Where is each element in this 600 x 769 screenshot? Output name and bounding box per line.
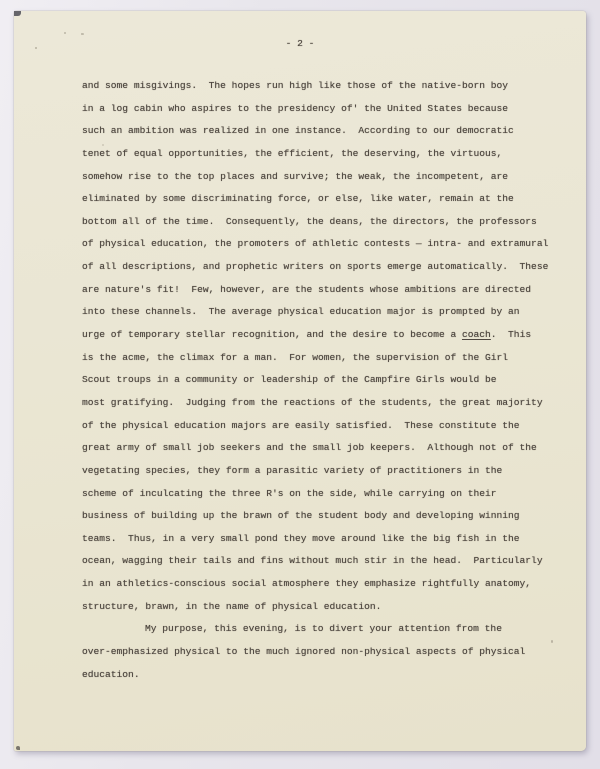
paper-speck	[102, 144, 104, 146]
text-line: of physical education, the promoters of …	[82, 233, 572, 256]
text-line: over-emphasized physical to the much ign…	[82, 641, 572, 664]
text-line: is the acme, the climax for a man. For w…	[82, 347, 572, 370]
text-line: most gratifying. Judging from the reacti…	[82, 392, 572, 415]
text-line: eliminated by some discriminating force,…	[82, 188, 572, 211]
scan-background: - 2 - and some misgivings. The hopes run…	[0, 0, 600, 769]
paper-speck	[81, 33, 84, 35]
text-line: tenet of equal opportunities, the effici…	[82, 143, 572, 166]
text-line: somehow rise to the top places and survi…	[82, 166, 572, 189]
text-line: such an ambition was realized in one ins…	[82, 120, 572, 143]
text-segment: . This	[491, 329, 531, 340]
text-line: in a log cabin who aspires to the presid…	[82, 98, 572, 121]
paper-speck	[35, 47, 37, 49]
paragraph: and some misgivings. The hopes run high …	[82, 75, 572, 618]
underlined-text: coach	[462, 329, 491, 340]
text-line: Scout troups in a community or leadershi…	[82, 369, 572, 392]
text-line: into these channels. The average physica…	[82, 301, 572, 324]
corner-mark-bottom-left	[16, 746, 20, 750]
paragraph: My purpose, this evening, is to divert y…	[82, 618, 572, 686]
text-line: and some misgivings. The hopes run high …	[82, 75, 572, 98]
text-line: ocean, wagging their tails and fins with…	[82, 550, 572, 573]
text-line: business of building up the brawn of the…	[82, 505, 572, 528]
text-line: in an athletics-conscious social atmosph…	[82, 573, 572, 596]
text-line: urge of temporary stellar recognition, a…	[82, 324, 572, 347]
paper-speck	[551, 640, 553, 643]
text-line: bottom all of the time. Consequently, th…	[82, 211, 572, 234]
page-number: - 2 -	[14, 38, 586, 50]
document-page: - 2 - and some misgivings. The hopes run…	[14, 11, 586, 751]
text-line: My purpose, this evening, is to divert y…	[82, 618, 572, 641]
text-line: of all descriptions, and prophetic write…	[82, 256, 572, 279]
text-line: great army of small job seekers and the …	[82, 437, 572, 460]
text-line: teams. Thus, in a very small pond they m…	[82, 528, 572, 551]
corner-mark-top-left	[14, 11, 21, 16]
text-line: scheme of inculcating the three R's on t…	[82, 483, 572, 506]
text-line: are nature's fit! Few, however, are the …	[82, 279, 572, 302]
paper-speck	[64, 32, 66, 34]
text-line: education.	[82, 664, 572, 687]
text-line: structure, brawn, in the name of physica…	[82, 596, 572, 619]
text-line: of the physical education majors are eas…	[82, 415, 572, 438]
text-line: vegetating species, they form a parasiti…	[82, 460, 572, 483]
text-segment: urge of temporary stellar recognition, a…	[82, 329, 462, 340]
typed-body: and some misgivings. The hopes run high …	[82, 75, 572, 686]
